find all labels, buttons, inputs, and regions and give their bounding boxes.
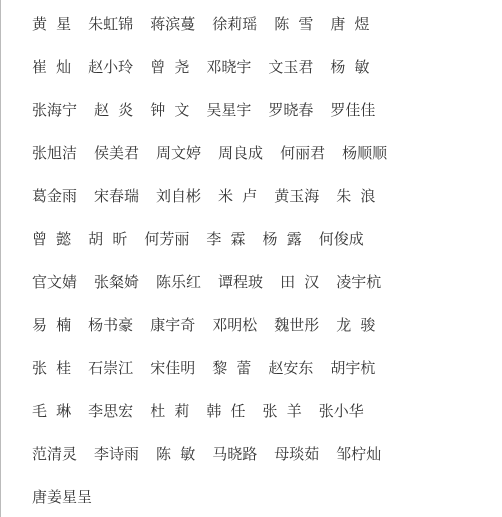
person-name: 陈乐红 xyxy=(156,275,201,290)
person-name: 康宇奇 xyxy=(150,318,195,333)
person-name: 易 楠 xyxy=(32,318,71,333)
person-name: 马晓路 xyxy=(212,447,257,462)
person-name: 何丽君 xyxy=(280,146,325,161)
person-name: 张粲婍 xyxy=(94,275,139,290)
person-name: 杨书豪 xyxy=(88,318,133,333)
person-name: 张旭洁 xyxy=(32,146,77,161)
person-name: 米 卢 xyxy=(218,189,257,204)
person-name: 徐莉瑶 xyxy=(212,17,257,32)
person-name: 石崇江 xyxy=(88,361,133,376)
person-name: 韩 任 xyxy=(206,404,245,419)
person-name: 赵 炎 xyxy=(94,103,133,118)
name-row: 葛金雨宋春瑞刘自彬米 卢黄玉海朱 浪 xyxy=(32,175,502,218)
person-name: 杨 敏 xyxy=(330,60,369,75)
name-row: 张海宁赵 炎钟 文吴星宇罗晓春罗佳佳 xyxy=(32,89,502,132)
person-name: 刘自彬 xyxy=(156,189,201,204)
person-name: 魏世彤 xyxy=(274,318,319,333)
person-name: 唐 煜 xyxy=(330,17,369,32)
person-name: 蒋滨蔓 xyxy=(150,17,195,32)
person-name: 黄 星 xyxy=(32,17,71,32)
person-name: 钟 文 xyxy=(150,103,189,118)
person-name: 罗佳佳 xyxy=(330,103,375,118)
person-name: 李 霖 xyxy=(206,232,245,247)
person-name: 龙 骏 xyxy=(336,318,375,333)
person-name: 杜 莉 xyxy=(150,404,189,419)
person-name: 唐姜星呈 xyxy=(32,490,92,505)
person-name: 何芳丽 xyxy=(144,232,189,247)
person-name: 母琰茹 xyxy=(274,447,319,462)
person-name: 周良成 xyxy=(218,146,263,161)
person-name: 陈 雪 xyxy=(274,17,313,32)
person-name: 何俊成 xyxy=(319,232,364,247)
person-name: 张 羊 xyxy=(263,404,302,419)
person-name: 李诗雨 xyxy=(94,447,139,462)
person-name: 赵小玲 xyxy=(88,60,133,75)
person-name: 凌宇杭 xyxy=(336,275,381,290)
name-row: 范清灵李诗雨陈 敏马晓路母琰茹邹柠灿 xyxy=(32,433,502,476)
name-row: 唐姜星呈 xyxy=(32,476,502,517)
person-name: 周文婷 xyxy=(156,146,201,161)
person-name: 文玉君 xyxy=(268,60,313,75)
person-name: 杨 露 xyxy=(263,232,302,247)
person-name: 胡 昕 xyxy=(88,232,127,247)
person-name: 张 桂 xyxy=(32,361,71,376)
name-row: 官文婧张粲婍陈乐红谭程玻田 汉凌宇杭 xyxy=(32,261,502,304)
person-name: 黎 蕾 xyxy=(212,361,251,376)
name-list: 黄 星朱虹锦蒋滨蔓徐莉瑶陈 雪唐 煜崔 灿赵小玲曾 尧邓晓宇文玉君杨 敏张海宁赵… xyxy=(0,0,502,517)
person-name: 黄玉海 xyxy=(274,189,319,204)
person-name: 邓明松 xyxy=(212,318,257,333)
name-row: 张 桂石崇江宋佳明黎 蕾赵安东胡宇杭 xyxy=(32,347,502,390)
person-name: 邓晓宇 xyxy=(206,60,251,75)
person-name: 谭程玻 xyxy=(218,275,263,290)
person-name: 张小华 xyxy=(319,404,364,419)
name-row: 崔 灿赵小玲曾 尧邓晓宇文玉君杨 敏 xyxy=(32,46,502,89)
name-row: 黄 星朱虹锦蒋滨蔓徐莉瑶陈 雪唐 煜 xyxy=(32,3,502,46)
person-name: 邹柠灿 xyxy=(336,447,381,462)
person-name: 杨顺顺 xyxy=(342,146,387,161)
person-name: 宋春瑞 xyxy=(94,189,139,204)
person-name: 胡宇杭 xyxy=(330,361,375,376)
person-name: 朱 浪 xyxy=(336,189,375,204)
person-name: 田 汉 xyxy=(280,275,319,290)
person-name: 葛金雨 xyxy=(32,189,77,204)
person-name: 毛 琳 xyxy=(32,404,71,419)
name-row: 曾 懿胡 昕何芳丽李 霖杨 露何俊成 xyxy=(32,218,502,261)
person-name: 曾 懿 xyxy=(32,232,71,247)
person-name: 宋佳明 xyxy=(150,361,195,376)
name-row: 张旭洁侯美君周文婷周良成何丽君杨顺顺 xyxy=(32,132,502,175)
person-name: 罗晓春 xyxy=(268,103,313,118)
name-row: 毛 琳李思宏杜 莉韩 任张 羊张小华 xyxy=(32,390,502,433)
person-name: 崔 灿 xyxy=(32,60,71,75)
person-name: 张海宁 xyxy=(32,103,77,118)
person-name: 曾 尧 xyxy=(150,60,189,75)
person-name: 范清灵 xyxy=(32,447,77,462)
person-name: 赵安东 xyxy=(268,361,313,376)
person-name: 李思宏 xyxy=(88,404,133,419)
person-name: 侯美君 xyxy=(94,146,139,161)
person-name: 朱虹锦 xyxy=(88,17,133,32)
person-name: 吴星宇 xyxy=(206,103,251,118)
name-row: 易 楠杨书豪康宇奇邓明松魏世彤龙 骏 xyxy=(32,304,502,347)
person-name: 陈 敏 xyxy=(156,447,195,462)
person-name: 官文婧 xyxy=(32,275,77,290)
